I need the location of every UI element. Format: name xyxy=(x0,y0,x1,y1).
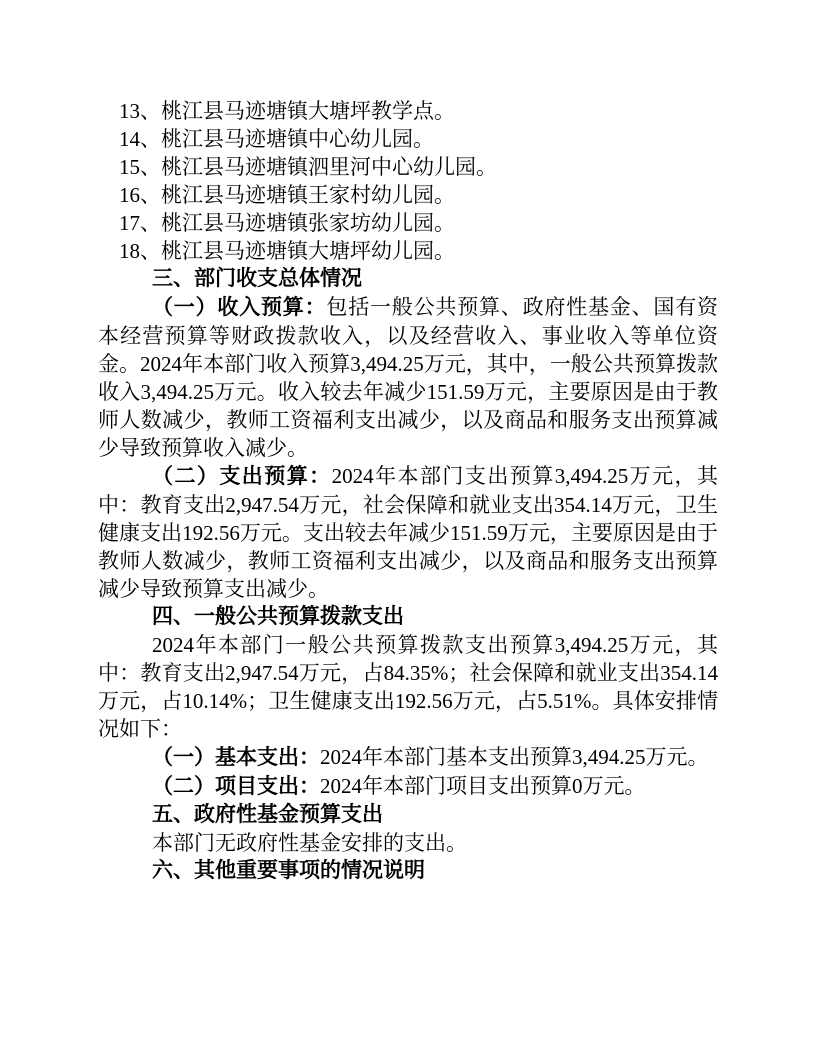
paragraph-text: 2024年本部门项目支出预算0万元。 xyxy=(320,774,646,798)
paragraph-lead: （一）收入预算： xyxy=(152,296,326,319)
body-paragraph: （一）收入预算：包括一般公共预算、政府性基金、国有资本经营预算等财政拨款收入，以… xyxy=(98,293,718,462)
section-heading: 三、部门收支总体情况 xyxy=(98,265,718,293)
paragraph-text: 包括一般公共预算、政府性基金、国有资本经营预算等财政拨款收入，以及经营收入、事业… xyxy=(98,295,718,460)
body-paragraph: （二）支出预算：2024年本部门支出预算3,494.25万元，其中：教育支出2,… xyxy=(98,462,718,603)
paragraph-text: 本部门无政府性基金安排的支出。 xyxy=(152,831,467,855)
paragraph-text: 2024年本部门基本支出预算3,494.25万元。 xyxy=(320,745,709,769)
body-paragraph: 2024年本部门一般公共预算拨款支出预算3,494.25万元，其中：教育支出2,… xyxy=(98,631,718,743)
paragraph-lead: （二）项目支出： xyxy=(152,775,320,798)
paragraph-lead: （二）支出预算： xyxy=(152,465,332,488)
list-item: 13、桃江县马迹塘镇大塘坪教学点。 xyxy=(98,97,718,125)
list-item: 16、桃江县马迹塘镇王家村幼儿园。 xyxy=(98,181,718,209)
paragraph-text: 2024年本部门一般公共预算拨款支出预算3,494.25万元，其中：教育支出2,… xyxy=(98,633,718,741)
list-item: 17、桃江县马迹塘镇张家坊幼儿园。 xyxy=(98,209,718,237)
body-paragraph: （一）基本支出：2024年本部门基本支出预算3,494.25万元。 xyxy=(98,743,718,772)
list-item: 14、桃江县马迹塘镇中心幼儿园。 xyxy=(98,125,718,153)
list-item: 18、桃江县马迹塘镇大塘坪幼儿园。 xyxy=(98,237,718,265)
document-page: 13、桃江县马迹塘镇大塘坪教学点。 14、桃江县马迹塘镇中心幼儿园。 15、桃江… xyxy=(0,0,816,1056)
section-heading: 四、一般公共预算拨款支出 xyxy=(98,603,718,631)
body-paragraph: （二）项目支出：2024年本部门项目支出预算0万元。 xyxy=(98,772,718,801)
section-heading: 六、其他重要事项的情况说明 xyxy=(98,857,718,885)
list-item: 15、桃江县马迹塘镇泗里河中心幼儿园。 xyxy=(98,153,718,181)
section-heading: 五、政府性基金预算支出 xyxy=(98,801,718,829)
body-paragraph: 本部门无政府性基金安排的支出。 xyxy=(98,829,718,857)
paragraph-lead: （一）基本支出： xyxy=(152,746,320,769)
document-body: 13、桃江县马迹塘镇大塘坪教学点。 14、桃江县马迹塘镇中心幼儿园。 15、桃江… xyxy=(98,97,718,885)
